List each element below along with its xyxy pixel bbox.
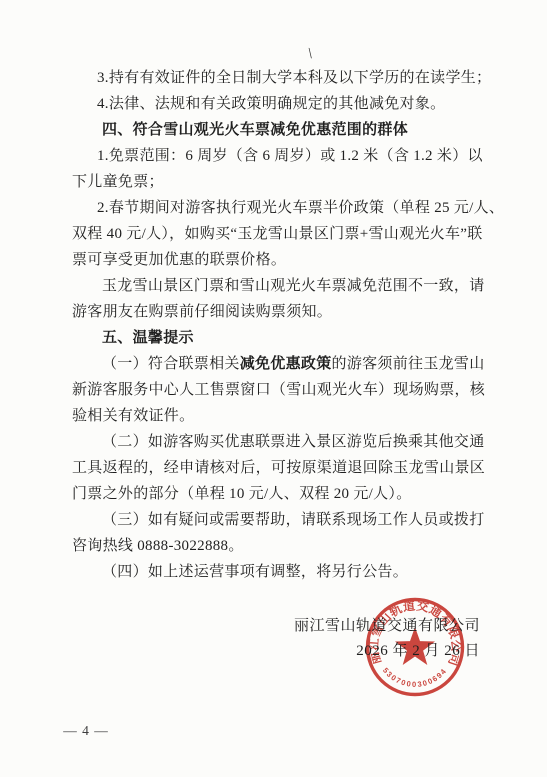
text-segment: 玉龙雪山景区门票和雪山观光火车票减免范围不一致，请 (102, 278, 485, 294)
stray-pen-mark: \ (307, 46, 313, 63)
text-line: 下儿童免票； (72, 169, 481, 195)
text-line: 门票之外的部分（单程 10 元/人、双程 20 元/人）。 (72, 481, 481, 507)
text-segment: 票可享受更加优惠的联票价格。 (72, 252, 286, 268)
text-line: （二）如游客购买优惠联票进入景区游览后换乘其他交通 (72, 429, 481, 455)
text-line: 四、符合雪山观光火车票减免优惠范围的群体 (72, 117, 481, 143)
text-segment: 3.持有有效证件的全日制大学本科及以下学历的在读学生； (97, 70, 491, 86)
emphasized-text: 四、符合雪山观光火车票减免优惠范围的群体 (102, 121, 408, 138)
text-segment: 新游客服务中心人工售票窗口（雪山观光火车）现场购票，核 (72, 382, 485, 398)
emphasized-text: 减免优惠政策 (240, 355, 332, 372)
text-line: 票可享受更加优惠的联票价格。 (72, 247, 481, 273)
text-segment: （四）如上述运营事项有调整，将另行公告。 (102, 564, 408, 580)
text-line: 咨询热线 0888-3022888。 (72, 533, 481, 559)
text-line: 验相关有效证件。 (72, 403, 481, 429)
document-body: 3.持有有效证件的全日制大学本科及以下学历的在读学生；4.法律、法规和有关政策明… (72, 65, 481, 585)
text-segment: 2.春节期间对游客执行观光火车票半价政策（单程 25 元/人、 (97, 200, 504, 216)
text-line: 玉龙雪山景区门票和雪山观光火车票减免范围不一致，请 (72, 273, 481, 299)
seal-serial-number: 5307000300694 (381, 666, 449, 689)
document-page: \ 3.持有有效证件的全日制大学本科及以下学历的在读学生；4.法律、法规和有关政… (0, 0, 547, 777)
text-line: （三）如有疑问或需要帮助，请联系现场工作人员或拨打 (72, 507, 481, 533)
text-segment: 咨询热线 0888-3022888。 (72, 538, 244, 554)
signature-block: 丽江雪山轨道交通有限公司 2026 年 2 月 26 日 (294, 614, 480, 664)
text-line: 新游客服务中心人工售票窗口（雪山观光火车）现场购票，核 (72, 377, 481, 403)
text-segment: 双程 40 元/人），如购买“玉龙雪山景区门票+雪山观光火车”联 (72, 226, 483, 242)
text-line: 工具返程的，经申请核对后，可按原渠道退回除玉龙雪山景区 (72, 455, 481, 481)
text-line: 五、温馨提示 (72, 325, 481, 351)
text-segment: 验相关有效证件。 (72, 408, 194, 424)
text-segment: 下儿童免票； (72, 174, 164, 190)
text-segment: （一）符合联票相关 (102, 356, 240, 372)
signature-company: 丽江雪山轨道交通有限公司 (294, 614, 480, 639)
text-segment: 1.免票范围：6 周岁（含 6 周岁）或 1.2 米（含 1.2 米）以 (97, 148, 483, 164)
text-line: 1.免票范围：6 周岁（含 6 周岁）或 1.2 米（含 1.2 米）以 (72, 143, 481, 169)
text-line: 双程 40 元/人），如购买“玉龙雪山景区门票+雪山观光火车”联 (72, 221, 481, 247)
signature-date: 2026 年 2 月 26 日 (294, 639, 480, 664)
text-segment: 门票之外的部分（单程 10 元/人、双程 20 元/人）。 (72, 486, 412, 502)
text-line: 2.春节期间对游客执行观光火车票半价政策（单程 25 元/人、 (72, 195, 481, 221)
text-line: 游客朋友在购票前仔细阅读购票须知。 (72, 299, 481, 325)
text-line: 3.持有有效证件的全日制大学本科及以下学历的在读学生； (72, 65, 481, 91)
text-segment: （三）如有疑问或需要帮助，请联系现场工作人员或拨打 (102, 512, 485, 528)
text-segment: （二）如游客购买优惠联票进入景区游览后换乘其他交通 (102, 434, 485, 450)
svg-text:5307000300694: 5307000300694 (381, 666, 449, 689)
text-segment: 游客朋友在购票前仔细阅读购票须知。 (72, 304, 332, 320)
page-number: — 4 — (40, 720, 132, 742)
text-segment: 工具返程的，经申请核对后，可按原渠道退回除玉龙雪山景区 (72, 460, 485, 476)
text-line: （一）符合联票相关减免优惠政策的游客须前往玉龙雪山 (72, 351, 481, 377)
emphasized-text: 五、温馨提示 (102, 329, 194, 346)
text-line: 4.法律、法规和有关政策明确规定的其他减免对象。 (72, 91, 481, 117)
text-segment: 的游客须前往玉龙雪山 (332, 356, 485, 372)
text-segment: 4.法律、法规和有关政策明确规定的其他减免对象。 (97, 96, 445, 112)
